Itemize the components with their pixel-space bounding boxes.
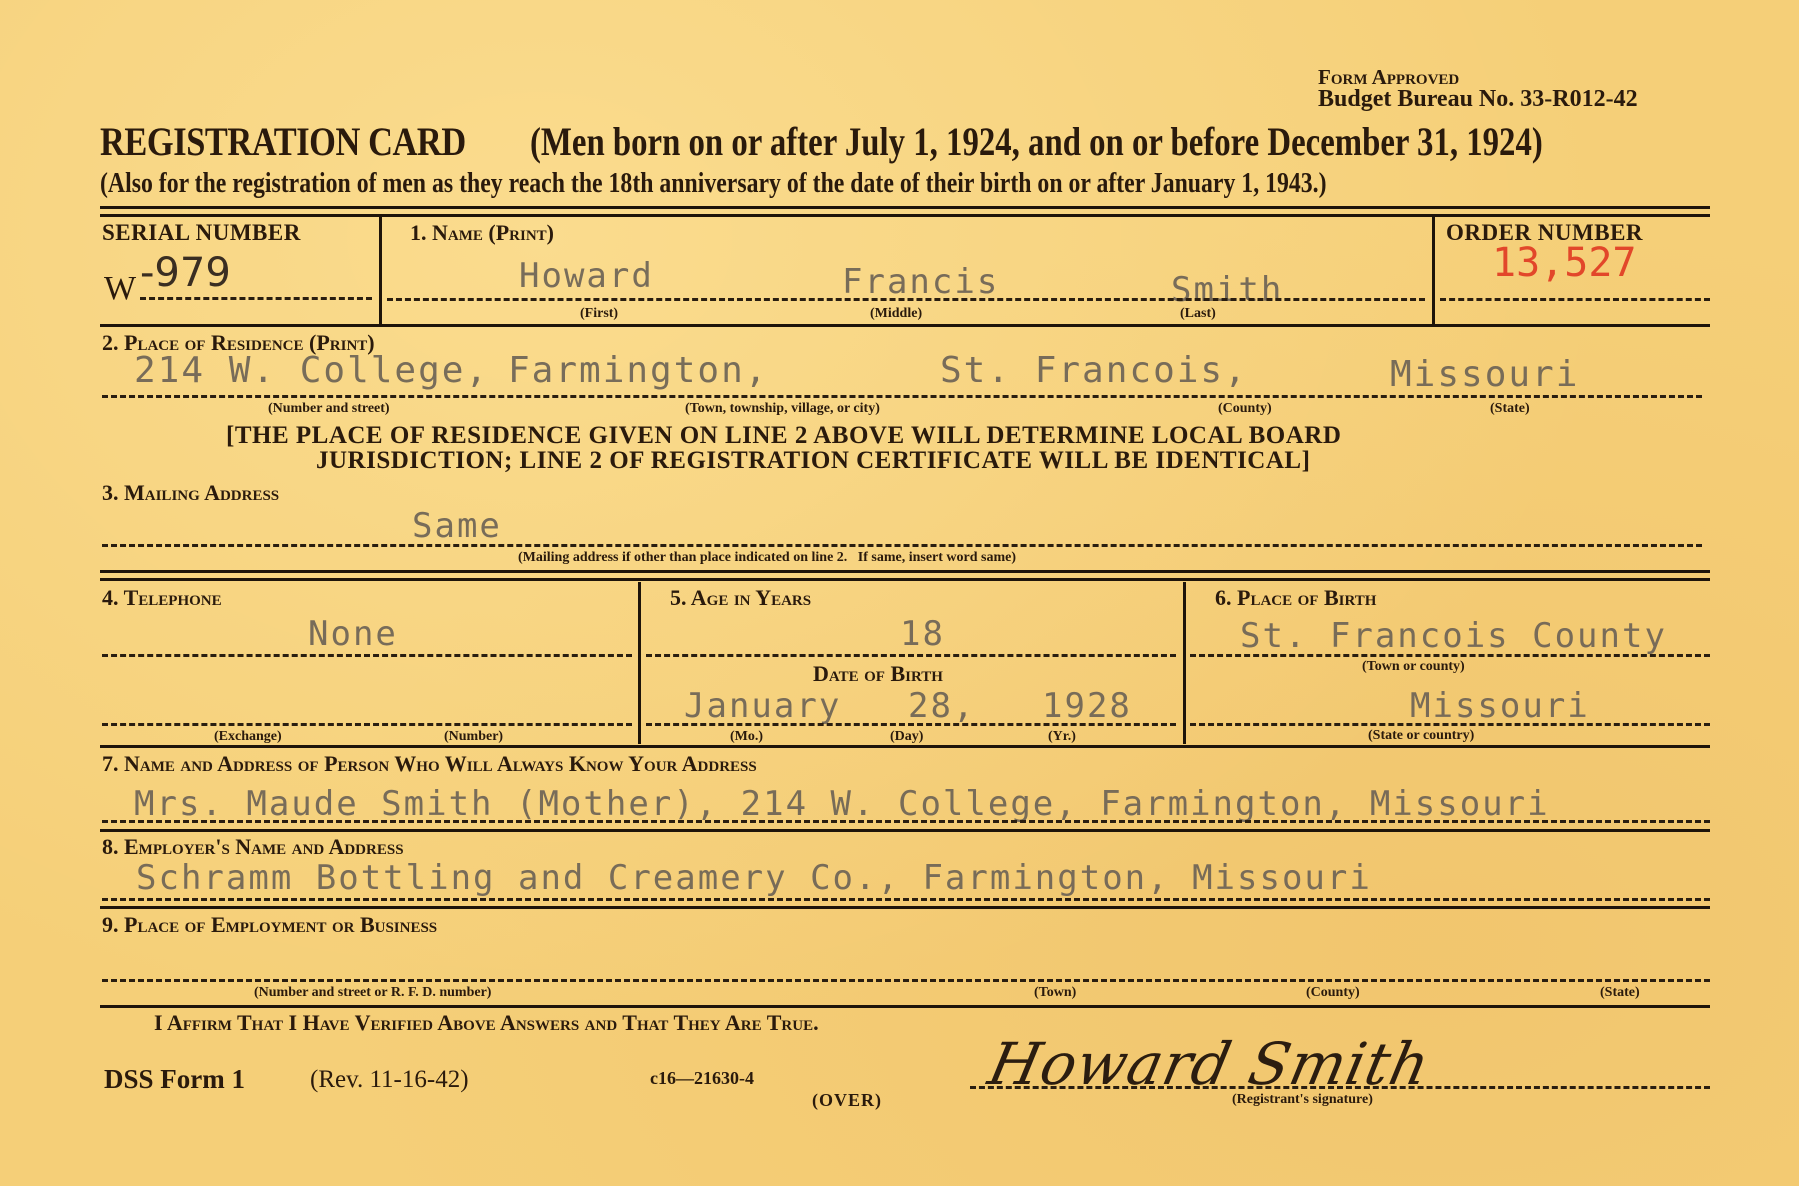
row7-bottom-rule — [100, 829, 1710, 832]
over-indicator: (OVER) — [812, 1090, 882, 1111]
mailing-address-value[interactable]: Same — [412, 506, 502, 546]
name-first-caption: (First) — [580, 306, 618, 322]
name-underline — [387, 298, 1425, 301]
mailing-underline — [102, 544, 1702, 547]
residence-county-caption: (County) — [1218, 401, 1272, 417]
age-underline — [646, 654, 1176, 657]
residence-town-value[interactable]: Farmington, — [508, 350, 768, 391]
birthplace-town-caption: (Town or county) — [1362, 659, 1465, 675]
order-underline — [1440, 298, 1710, 301]
birthplace-underline — [1190, 654, 1710, 657]
age-value[interactable]: 18 — [900, 614, 945, 654]
age-divider — [1183, 582, 1186, 744]
order-number-value[interactable]: 13,527 — [1492, 240, 1637, 286]
name-label: 1. Name (Print) — [410, 220, 554, 246]
signature-caption: (Registrant's signature) — [1232, 1092, 1373, 1108]
telephone-value[interactable]: None — [308, 614, 398, 654]
birthplace-state-value[interactable]: Missouri — [1410, 686, 1590, 726]
form-name: DSS Form 1 — [104, 1064, 245, 1095]
serial-underline — [140, 297, 372, 300]
employment-underline — [102, 979, 1710, 982]
dob-underline — [646, 723, 1176, 726]
residence-state-caption: (State) — [1490, 401, 1530, 417]
serial-divider — [379, 216, 382, 324]
serial-prefix: W — [104, 270, 136, 308]
residence-underline — [102, 395, 1702, 398]
mailing-caption: (Mailing address if other than place ind… — [518, 550, 1016, 566]
employment-label: 9. Place of Employment or Business — [102, 912, 437, 938]
dob-year-value[interactable]: 1928 — [1042, 686, 1132, 726]
affirmation-text: I Affirm That I Have Verified Above Answ… — [154, 1010, 819, 1036]
age-label: 5. Age in Years — [670, 585, 811, 611]
employer-value[interactable]: Schramm Bottling and Creamery Co., Farmi… — [136, 858, 1372, 898]
budget-bureau-number: Budget Bureau No. 33-R012-42 — [1318, 86, 1638, 113]
card-subtitle: (Men born on or after July 1, 1924, and … — [530, 118, 1543, 165]
mailing-address-label: 3. Mailing Address — [102, 480, 279, 506]
name-last-caption: (Last) — [1180, 306, 1216, 322]
registration-card: Form Approved Budget Bureau No. 33-R012-… — [0, 0, 1799, 1186]
row4-bottom-rule — [100, 745, 1710, 748]
form-revision: (Rev. 11-16-42) — [310, 1066, 469, 1094]
row1-bottom-rule — [100, 324, 1710, 327]
telephone-underline-2 — [102, 723, 632, 726]
employment-county-caption: (County) — [1306, 985, 1360, 1001]
name-middle-value[interactable]: Francis — [842, 262, 999, 302]
birthplace-town-value[interactable]: St. Francois County — [1240, 616, 1667, 656]
row3-bottom-rule — [100, 570, 1710, 573]
contact-underline — [102, 820, 1710, 823]
employment-town-caption: (Town) — [1034, 985, 1076, 1001]
telephone-exchange-caption: (Exchange) — [214, 729, 282, 745]
birthplace-state-caption: (State or country) — [1368, 728, 1474, 744]
name-first-value[interactable]: Howard — [519, 256, 654, 296]
birthplace-label: 6. Place of Birth — [1215, 585, 1376, 611]
residence-county-value[interactable]: St. Francois, — [940, 350, 1248, 391]
row8-bottom-rule — [100, 906, 1710, 909]
header-rule — [100, 206, 1710, 209]
dob-month-value[interactable]: January — [684, 686, 841, 726]
order-divider — [1432, 216, 1435, 324]
dob-day-caption: (Day) — [890, 729, 923, 745]
jurisdiction-notice-line1: [THE PLACE OF RESIDENCE GIVEN ON LINE 2 … — [226, 422, 1341, 450]
name-middle-caption: (Middle) — [870, 306, 922, 322]
card-subtitle-2: (Also for the registration of men as the… — [100, 167, 1327, 200]
contact-value[interactable]: Mrs. Maude Smith (Mother), 214 W. Colleg… — [134, 784, 1550, 824]
birthplace-state-underline — [1190, 723, 1710, 726]
serial-number-label: SERIAL NUMBER — [102, 220, 301, 246]
dob-month-caption: (Mo.) — [730, 729, 763, 745]
print-code: c16—21630-4 — [650, 1068, 754, 1089]
row9-bottom-rule — [100, 1005, 1710, 1008]
residence-state-value[interactable]: Missouri — [1390, 354, 1579, 395]
employer-label: 8. Employer's Name and Address — [102, 834, 404, 860]
header-rule-2 — [100, 214, 1710, 217]
telephone-underline — [102, 654, 632, 657]
employment-state-caption: (State) — [1600, 985, 1640, 1001]
residence-street-value[interactable]: 214 W. College, — [134, 350, 489, 391]
employment-street-caption: (Number and street or R. F. D. number) — [254, 985, 491, 1001]
telephone-number-caption: (Number) — [444, 729, 503, 745]
telephone-label: 4. Telephone — [102, 585, 222, 611]
row3-bottom-rule-2 — [100, 578, 1710, 581]
telephone-divider — [638, 582, 641, 744]
name-last-value[interactable]: Smith — [1171, 270, 1283, 310]
residence-street-caption: (Number and street) — [268, 401, 390, 417]
signature-underline — [970, 1086, 1710, 1089]
card-title: REGISTRATION CARD — [100, 118, 466, 165]
serial-number-value[interactable]: -979 — [140, 250, 231, 296]
dob-day-value[interactable]: 28, — [908, 686, 975, 726]
date-of-birth-label: Date of Birth — [813, 661, 943, 687]
residence-town-caption: (Town, township, village, or city) — [685, 401, 880, 417]
jurisdiction-notice-line2: JURISDICTION; LINE 2 OF REGISTRATION CER… — [316, 447, 1310, 475]
contact-label: 7. Name and Address of Person Who Will A… — [102, 751, 757, 777]
employer-underline — [102, 898, 1710, 901]
dob-year-caption: (Yr.) — [1048, 729, 1076, 745]
